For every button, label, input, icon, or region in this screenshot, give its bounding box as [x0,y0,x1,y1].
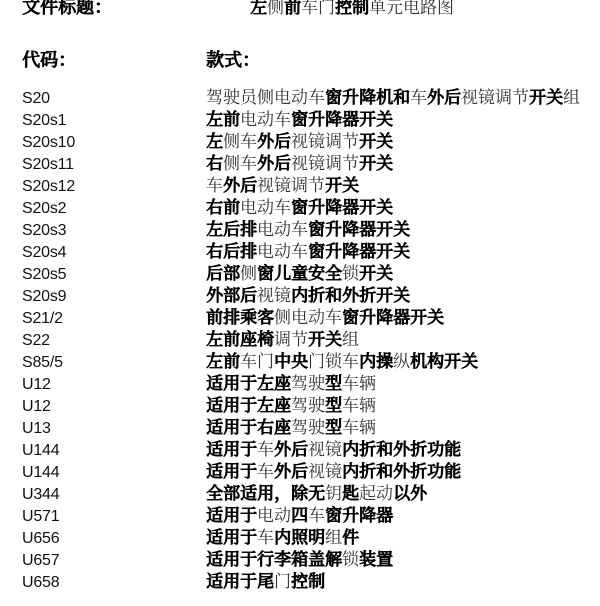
text-segment: 右前 [206,198,240,217]
table-row: U658 适用于尾门控制 [22,571,600,593]
text-segment: 单元 [369,0,403,17]
text-segment: 驾驶员侧电动车 [206,88,325,107]
table-row: U12 适用于左座驾驶型车辆 [22,373,600,395]
text-segment: 侧 [240,264,257,283]
text-segment: 锁 [342,550,359,569]
text-segment: 匙 [342,484,359,503]
document-title-label: 文件标题： [22,0,112,19]
text-segment: 适用于 [206,528,257,547]
text-segment: 前 [284,0,301,17]
code-cell: U344 [22,484,206,506]
text-segment: 适用于 [206,506,257,525]
document-title: 左侧前车门控制单元电路图 [250,0,454,18]
text-segment: 内操 [359,352,393,371]
text-segment: 驾驶 [291,374,325,393]
text-segment: 车 [257,462,274,481]
text-segment: 全部适用，除无 [206,484,325,503]
style-cell: 车外后视镜调节开关 [206,175,359,197]
style-cell: 适用于车外后视镜内折和外折功能 [206,461,461,483]
text-segment: 外后 [274,462,308,481]
table-row: U144 适用于车外后视镜内折和外折功能 [22,439,600,461]
style-cell: 适用于右座驾驶型车辆 [206,417,376,439]
text-segment: 视镜调节 [257,176,325,195]
column-header-code: 代码： [22,46,76,72]
code-cell: U658 [22,572,206,594]
code-cell: S20s5 [22,264,206,286]
table-row: S20s9 外部后视镜内折和外折开关 [22,285,600,307]
text-segment: 电动车 [240,198,291,217]
text-segment: 车辆 [342,374,376,393]
text-segment: 车 [257,528,274,547]
table-row: U344 全部适用，除无钥匙起动以外 [22,483,600,505]
style-cell: 前排乘客侧电动车窗升降器开关 [206,307,444,329]
style-cell: 左前电动车窗升降器开关 [206,109,393,131]
text-segment: 视镜 [257,286,291,305]
style-cell: 后部侧窗儿童安全锁开关 [206,263,393,285]
text-segment: 电路图 [403,0,454,17]
style-cell: 适用于左座驾驶型车辆 [206,395,376,417]
text-segment: 控制 [291,572,325,591]
text-segment: 侧车 [223,154,257,173]
text-segment: 侧电动车 [274,308,342,327]
table-row: S20 驾驶员侧电动车窗升降机和车外后视镜调节开关组 [22,87,600,109]
table-row: U144 适用于车外后视镜内折和外折功能 [22,461,600,483]
text-segment: 车 [257,440,274,459]
text-segment: 窗升降器开关 [291,198,393,217]
text-segment: 驾驶 [291,418,325,437]
text-segment: 左前座椅 [206,330,274,349]
text-segment: 车辆 [342,396,376,415]
style-cell: 右前电动车窗升降器开关 [206,197,393,219]
style-cell: 左侧车外后视镜调节开关 [206,131,393,153]
text-segment: 视镜调节 [291,132,359,151]
style-cell: 适用于尾门控制 [206,571,325,593]
text-segment: 外后 [274,440,308,459]
text-segment: 窗儿童安全 [257,264,342,283]
style-cell: 适用于车外后视镜内折和外折功能 [206,439,461,461]
style-cell: 左前座椅调节开关组 [206,329,359,351]
text-segment: 开关 [529,88,563,107]
code-cell: S85/5 [22,352,206,374]
text-segment: 电动车 [240,110,291,129]
table-row: S20s10 左侧车外后视镜调节开关 [22,131,600,153]
text-segment: 左前 [206,352,240,371]
text-segment: 内照明 [274,528,325,547]
code-cell: U144 [22,440,206,462]
code-cell: S20s4 [22,242,206,264]
code-cell: S20s10 [22,132,206,154]
style-cell: 左后排电动车窗升降器开关 [206,219,410,241]
table-row: S20s12 车外后视镜调节开关 [22,175,600,197]
table-row: S20s1 左前电动车窗升降器开关 [22,109,600,131]
table-row: S20s11 右侧车外后视镜调节开关 [22,153,600,175]
text-segment: 适用于右座 [206,418,291,437]
code-cell: S21/2 [22,308,206,330]
table-row: S20s4 右后排电动车窗升降器开关 [22,241,600,263]
text-segment: 车门 [301,0,335,17]
code-cell: S20s1 [22,110,206,132]
text-segment: 窗升降器 [325,506,393,525]
text-segment: 电动车 [257,220,308,239]
text-segment: 开关 [325,176,359,195]
text-segment: 以外 [393,484,427,503]
text-segment: 开关 [359,132,393,151]
text-segment: 四 [291,506,308,525]
text-segment: 车 [308,506,325,525]
text-segment: 侧 [267,0,284,17]
text-segment: 门锁车 [308,352,359,371]
column-header-style: 款式： [206,46,260,72]
table-row: U656 适用于车内照明组件 [22,527,600,549]
text-segment: 窗升降器开关 [308,220,410,239]
code-cell: S20s9 [22,286,206,308]
text-segment: 窗升降器开关 [291,110,393,129]
text-segment: 内折和外折功能 [342,462,461,481]
text-segment: 开关 [308,330,342,349]
text-segment: 组 [325,528,342,547]
text-segment: 开关 [359,154,393,173]
code-cell: U571 [22,506,206,528]
text-segment: 门 [274,572,291,591]
style-cell: 适用于左座驾驶型车辆 [206,373,376,395]
table-row: S20s3 左后排电动车窗升降器开关 [22,219,600,241]
code-cell: U657 [22,550,206,572]
document-page: 文件标题： 左侧前车门控制单元电路图 代码： 款式： S20 驾驶员侧电动车窗升… [0,0,600,606]
code-cell: S20s12 [22,176,206,198]
code-cell: S20 [22,88,206,110]
table-row: U12 适用于左座驾驶型车辆 [22,395,600,417]
code-cell: U144 [22,462,206,484]
code-cell: S20s2 [22,198,206,220]
text-segment: 件 [342,528,359,547]
text-segment: 视镜 [308,440,342,459]
text-segment: 内折和外折开关 [291,286,410,305]
style-cell: 适用于电动四车窗升降器 [206,505,393,527]
text-segment: 开关 [359,264,393,283]
text-segment: 型 [325,374,342,393]
text-segment: 适用于左座 [206,396,291,415]
style-cell: 适用于车内照明组件 [206,527,359,549]
text-segment: 车 [410,88,427,107]
text-segment: 适用于行李箱盖解 [206,550,342,569]
code-cell: S22 [22,330,206,352]
text-segment: 外后 [257,154,291,173]
text-segment: 左 [206,132,223,151]
text-segment: 适用于 [206,462,257,481]
text-segment: 车辆 [342,418,376,437]
text-segment: 车 [206,176,223,195]
style-cell: 适用于行李箱盖解锁装置 [206,549,393,571]
style-cell: 右后排电动车窗升降器开关 [206,241,410,263]
text-segment: 驾驶 [291,396,325,415]
text-segment: 控制 [335,0,369,17]
table-row: U657 适用于行李箱盖解锁装置 [22,549,600,571]
text-segment: 型 [325,396,342,415]
text-segment: 左前 [206,110,240,129]
code-table: S20 驾驶员侧电动车窗升降机和车外后视镜调节开关组 S20s1 左前电动车窗升… [22,87,600,593]
style-cell: 驾驶员侧电动车窗升降机和车外后视镜调节开关组 [206,87,580,109]
table-row: S20s5 后部侧窗儿童安全锁开关 [22,263,600,285]
text-segment: 适用于左座 [206,374,291,393]
code-cell: U13 [22,418,206,440]
text-segment: 组 [563,88,580,107]
text-segment: 左 [250,0,267,17]
table-row: U13 适用于右座驾驶型车辆 [22,417,600,439]
table-row: S21/2 前排乘客侧电动车窗升降器开关 [22,307,600,329]
text-segment: 外后 [223,176,257,195]
code-cell: S20s11 [22,154,206,176]
code-cell: U12 [22,396,206,418]
text-segment: 电动 [257,506,291,525]
text-segment: 电动车 [257,242,308,261]
text-segment: 中央 [274,352,308,371]
style-cell: 全部适用，除无钥匙起动以外 [206,483,427,505]
table-row: S20s2 右前电动车窗升降器开关 [22,197,600,219]
text-segment: 外部后 [206,286,257,305]
text-segment: 装置 [359,550,393,569]
text-segment: 调节 [274,330,308,349]
text-segment: 左后排 [206,220,257,239]
style-cell: 左前车门中央门锁车内操纵机构开关 [206,351,478,373]
text-segment: 适用于 [206,440,257,459]
table-row: U571 适用于电动四车窗升降器 [22,505,600,527]
text-segment: 外后 [427,88,461,107]
text-segment: 侧车 [223,132,257,151]
text-segment: 钥 [325,484,342,503]
table-row: S85/5 左前车门中央门锁车内操纵机构开关 [22,351,600,373]
text-segment: 窗升降器开关 [342,308,444,327]
text-segment: 车门 [240,352,274,371]
text-segment: 前排乘客 [206,308,274,327]
text-segment: 机构开关 [410,352,478,371]
code-cell: U12 [22,374,206,396]
text-segment: 纵 [393,352,410,371]
style-cell: 右侧车外后视镜调节开关 [206,153,393,175]
text-segment: 型 [325,418,342,437]
text-segment: 锁 [342,264,359,283]
text-segment: 右 [206,154,223,173]
text-segment: 右后排 [206,242,257,261]
text-segment: 适用于尾 [206,572,274,591]
text-segment: 起动 [359,484,393,503]
text-segment: 外后 [257,132,291,151]
text-segment: 视镜 [308,462,342,481]
text-segment: 内折和外折功能 [342,440,461,459]
style-cell: 外部后视镜内折和外折开关 [206,285,410,307]
text-segment: 视镜调节 [461,88,529,107]
text-segment: 视镜调节 [291,154,359,173]
text-segment: 组 [342,330,359,349]
text-segment: 窗升降器开关 [308,242,410,261]
text-segment: 后部 [206,264,240,283]
code-cell: U656 [22,528,206,550]
code-cell: S20s3 [22,220,206,242]
text-segment: 窗升降机和 [325,88,410,107]
table-row: S22 左前座椅调节开关组 [22,329,600,351]
